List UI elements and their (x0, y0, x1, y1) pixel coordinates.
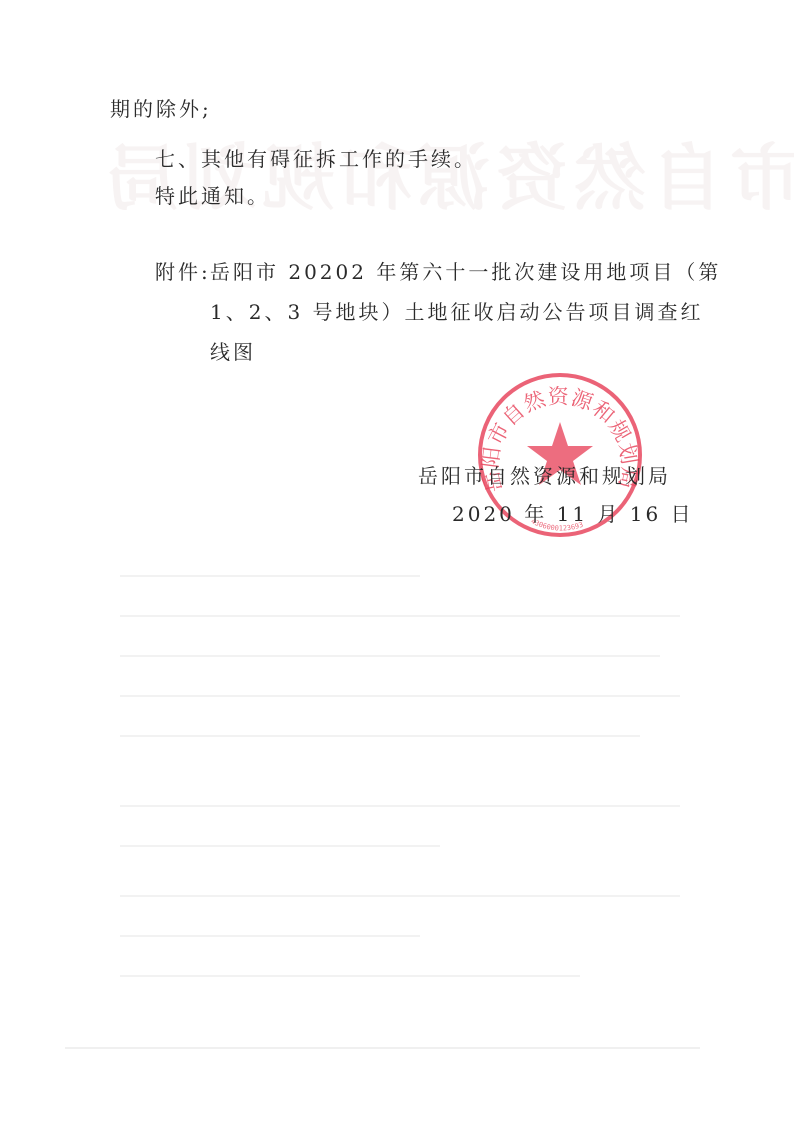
bleed-through-line (120, 845, 440, 847)
bleed-through-line (120, 655, 660, 657)
bleed-through-line (120, 805, 680, 807)
bleed-through-line (120, 575, 420, 577)
attachment-line-2: 1、2、3 号地块）土地征收启动公告项目调查红 (210, 298, 704, 326)
bleed-through-line (120, 735, 640, 737)
document-page: 岳阳市自然资源和规划局 期的除外; 七、其他有碍征拆工作的手续。 特此通知。 附… (0, 0, 794, 1122)
bleed-through-footer-rule (65, 1047, 700, 1049)
bleed-through-line (120, 975, 580, 977)
bleed-through-line (120, 615, 680, 617)
attachment-label: 附件: (155, 258, 211, 286)
body-line-item-seven: 七、其他有碍征拆工作的手续。 (155, 145, 477, 173)
bleed-through-line (120, 695, 680, 697)
body-line-continuation: 期的除外; (110, 95, 212, 123)
attachment-line-1: 岳阳市 20202 年第六十一批次建设用地项目（第 (210, 258, 721, 286)
bleed-through-line (120, 935, 420, 937)
issuing-organization: 岳阳市自然资源和规划局 (418, 462, 671, 490)
bleed-through-line (120, 895, 680, 897)
attachment-line-3: 线图 (210, 338, 256, 366)
body-line-notice: 特此通知。 (155, 182, 270, 210)
issue-date: 2020 年 11 月 16 日 (452, 500, 694, 528)
